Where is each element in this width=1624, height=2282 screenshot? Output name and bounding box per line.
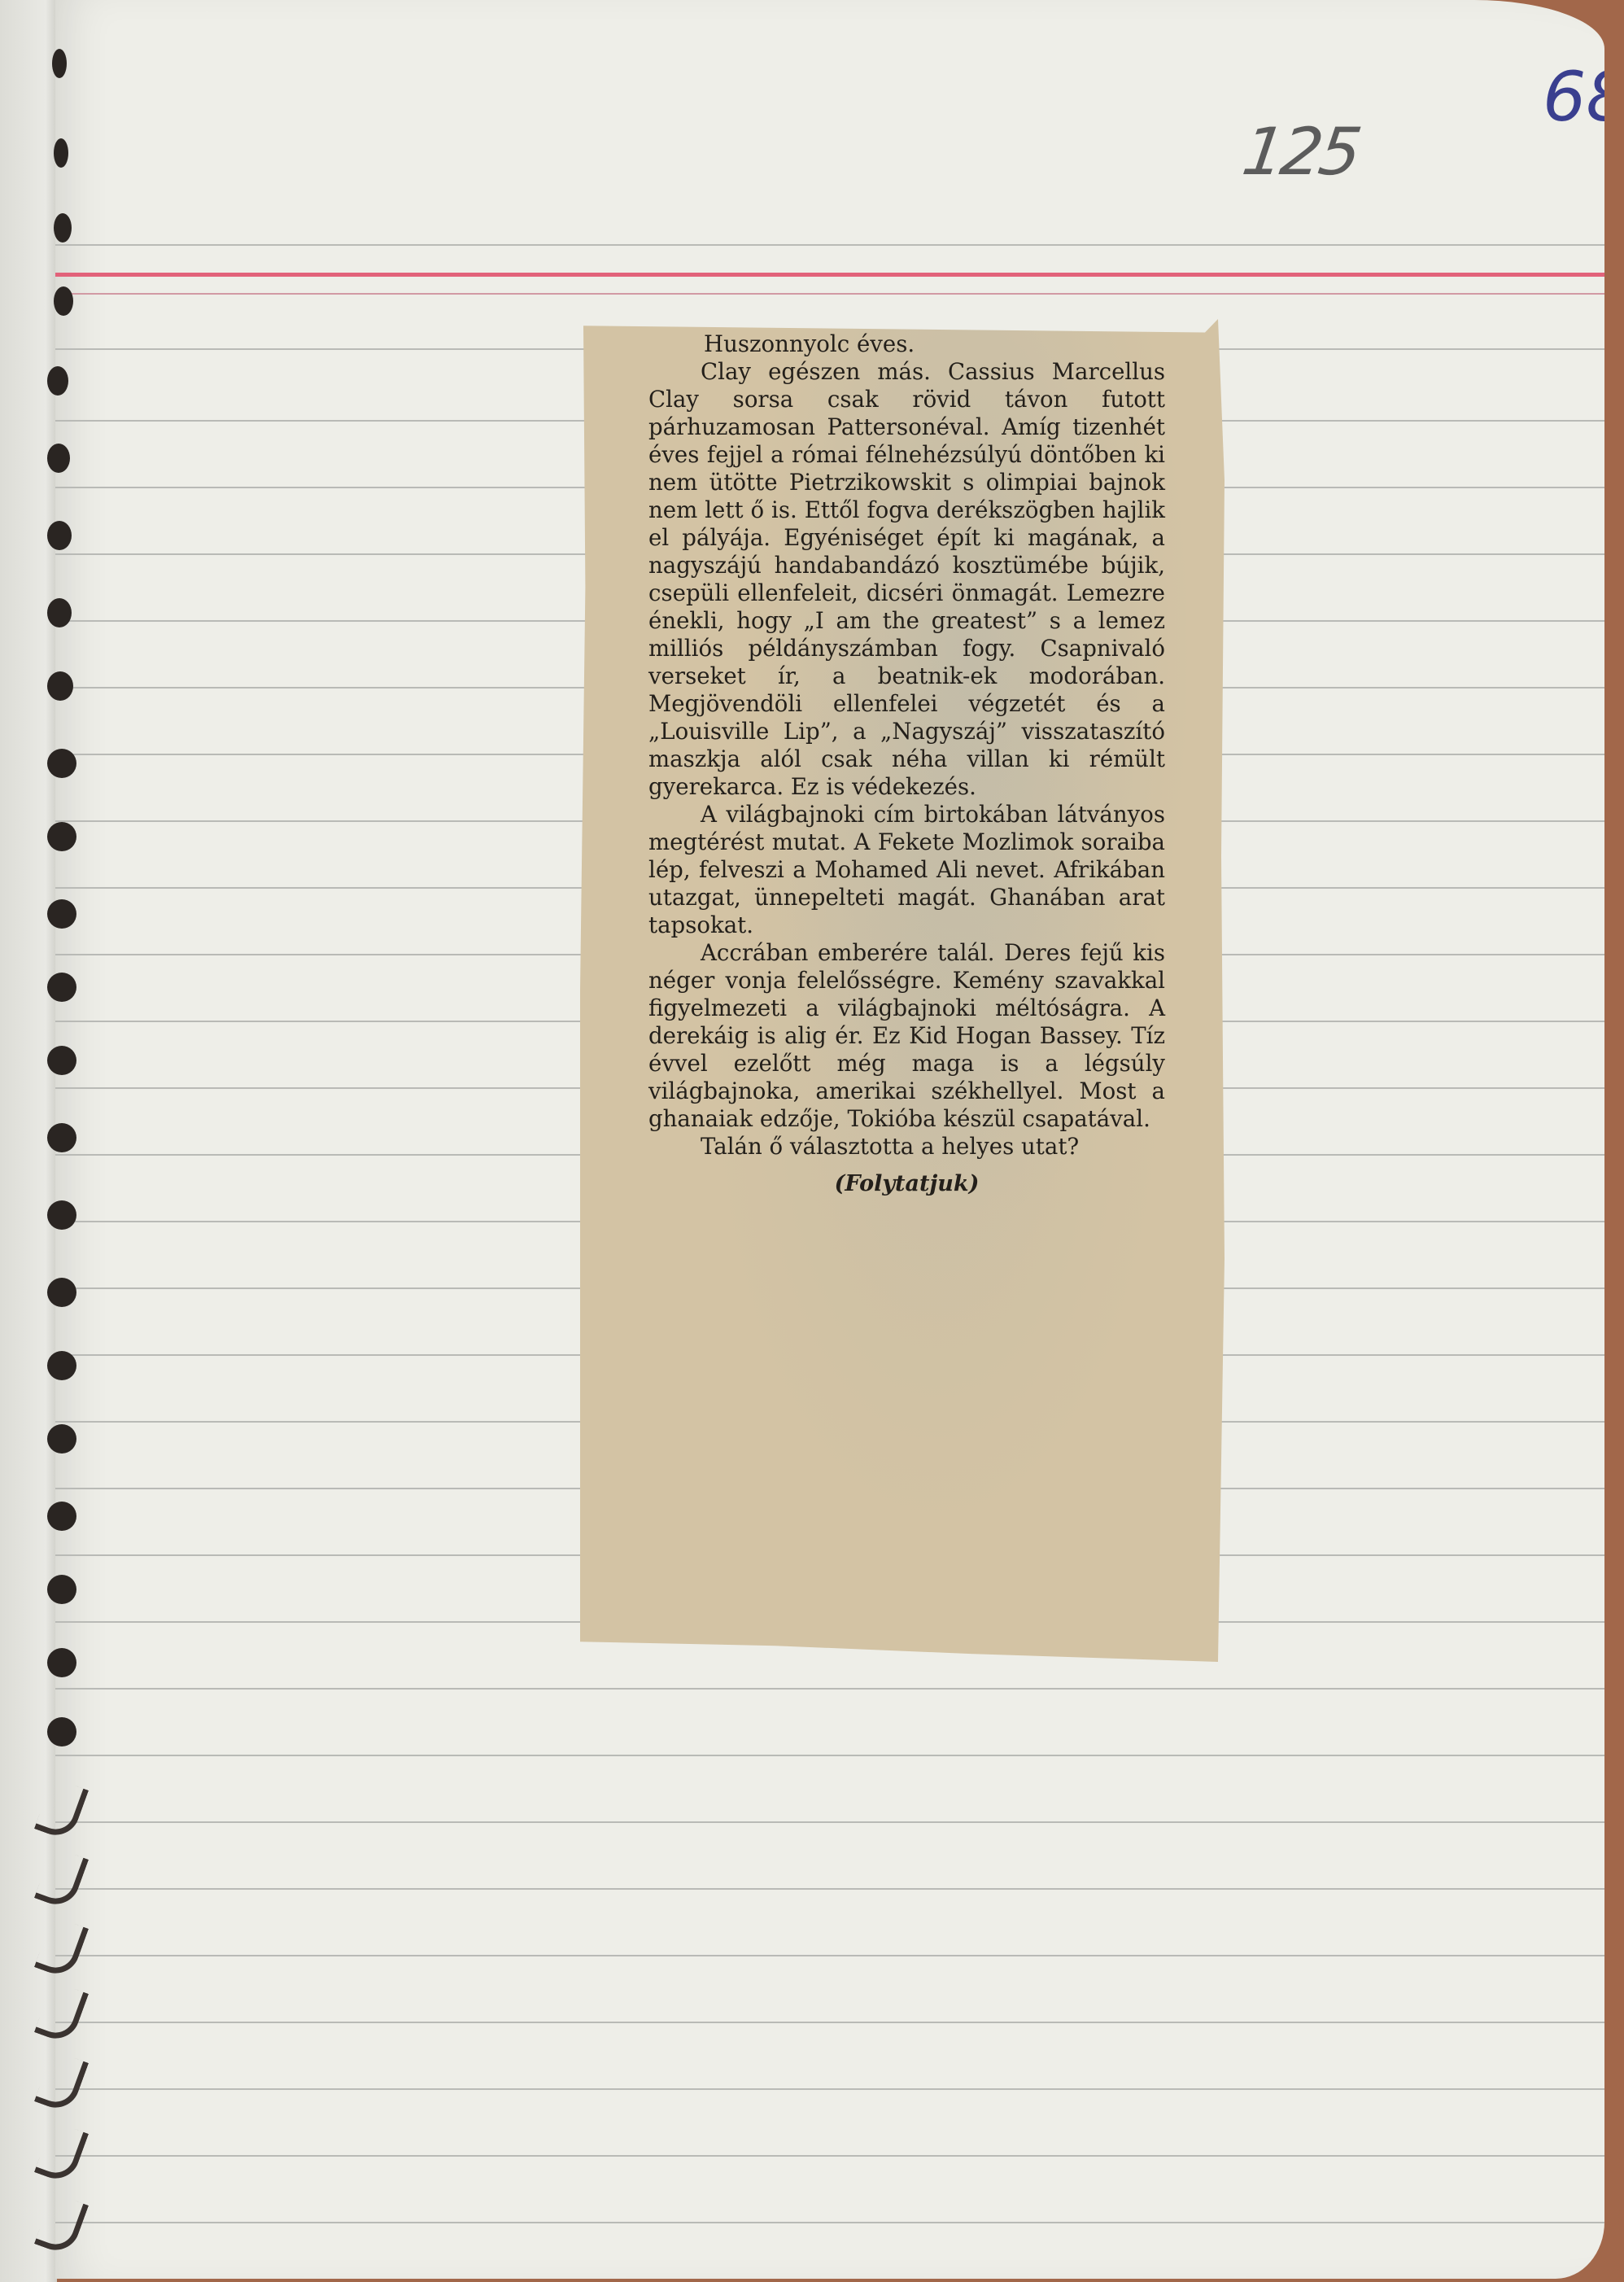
- binding-hole-icon: [47, 1424, 76, 1454]
- handwritten-page-number-pencil: 125: [1238, 114, 1363, 190]
- margin-line-red: [55, 273, 1604, 277]
- article-signoff: (Folytatjuk): [648, 1170, 1165, 1198]
- binding-hole-icon: [47, 1278, 76, 1307]
- ruled-line: [55, 1688, 1604, 1690]
- ruled-line: [55, 2022, 1604, 2023]
- binding-hole-icon: [47, 366, 68, 396]
- binding-hole-icon: [47, 1200, 76, 1230]
- binding-hole-icon: [47, 1502, 76, 1531]
- binding-hole-icon: [52, 49, 67, 78]
- binding-hole-icon: [54, 213, 72, 243]
- binding-hole-icon: [47, 1575, 76, 1604]
- ruled-line: [55, 2155, 1604, 2157]
- notebook-page: 125 68 Huszonnyolc éves. Clay egészen má…: [55, 0, 1604, 2279]
- binding-hole-icon: [47, 1717, 76, 1746]
- binding-hole-icon: [47, 1648, 76, 1677]
- ruled-line: [55, 1821, 1604, 1823]
- margin-line-thin: [55, 293, 1604, 295]
- binding-hole-icon: [47, 521, 72, 550]
- ruled-line: [55, 1955, 1604, 1956]
- binding-hole-icon: [47, 973, 76, 1002]
- article-paragraph: Accrában emberére talál. Deres fejű kis …: [648, 939, 1165, 1133]
- handwritten-page-number-ink: 68: [1543, 57, 1604, 137]
- binding-hole-icon: [47, 1046, 76, 1075]
- article-text: Huszonnyolc éves. Clay egészen más. Cass…: [648, 330, 1165, 1198]
- binding-hole-icon: [47, 444, 70, 473]
- binding-hole-icon: [47, 671, 73, 701]
- binding-hole-icon: [47, 598, 72, 627]
- article-paragraph: Clay egészen más. Cassius Marcellus Clay…: [648, 358, 1165, 801]
- ruled-line: [55, 1755, 1604, 1756]
- article-paragraph: Talán ő választotta a helyes utat?: [648, 1133, 1165, 1161]
- binding-hole-icon: [47, 749, 76, 778]
- binding-hole-icon: [47, 1123, 76, 1152]
- ruled-line: [55, 1888, 1604, 1890]
- binding-hole-icon: [54, 286, 73, 316]
- ruled-line: [55, 2222, 1604, 2223]
- binding-hole-icon: [47, 1351, 76, 1380]
- binding-hole-icon: [47, 822, 76, 851]
- binding-hole-icon: [47, 899, 76, 929]
- ruled-line: [55, 244, 1604, 246]
- binding-hole-icon: [54, 138, 68, 168]
- newspaper-clipping: Huszonnyolc éves. Clay egészen más. Cass…: [580, 319, 1231, 1662]
- article-paragraph: A világbajnoki cím birtokában látványos …: [648, 801, 1165, 939]
- article-heading: Huszonnyolc éves.: [648, 330, 1165, 358]
- ruled-line: [55, 2088, 1604, 2090]
